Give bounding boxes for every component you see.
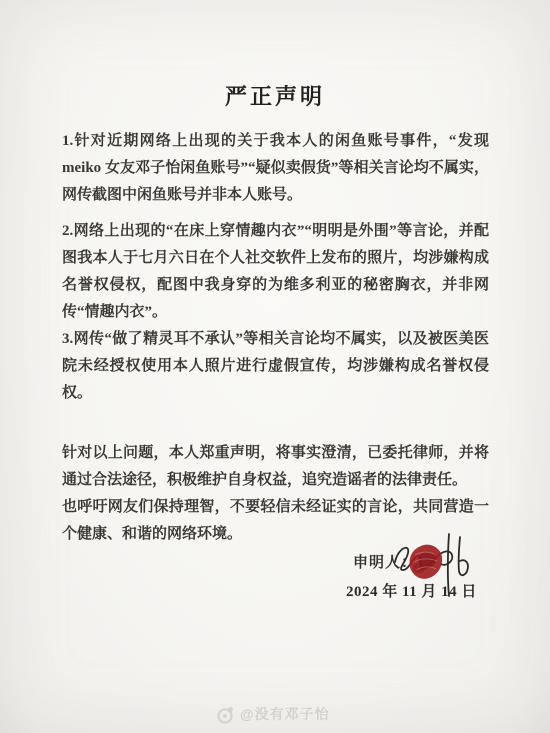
weibo-watermark: @没有邓子怡 xyxy=(216,704,330,724)
statement-title: 严正声明 xyxy=(0,80,550,111)
closing-paragraph-1: 针对以上问题，本人郑重声明，将事实澄清，已委托律师，并将通过合法途径，积极维护自… xyxy=(62,440,489,494)
signature-label: 申明人： xyxy=(353,551,417,572)
statement-body: 1.针对近期网络上出现的关于我本人的闲鱼账号事件，“发现 meiko 女友邓子怡… xyxy=(62,128,489,548)
weibo-watermark-icon xyxy=(216,705,235,724)
statement-date: 2024 年 11 月 14 日 xyxy=(346,580,477,601)
watermark-text: @没有邓子怡 xyxy=(240,704,330,724)
statement-paragraph-3: 3.网传“做了精灵耳不承认”等相关言论均不属实，以及被医美医院未经授权使用本人照… xyxy=(62,326,489,407)
statement-paragraph-1: 1.针对近期网络上出现的关于我本人的闲鱼账号事件，“发现 meiko 女友邓子怡… xyxy=(62,128,489,209)
statement-document-photo: 严正声明 1.针对近期网络上出现的关于我本人的闲鱼账号事件，“发现 meiko … xyxy=(0,0,550,733)
statement-paragraph-2: 2.网络上出现的“在床上穿情趣内衣”“明明是外围”等言论，并配图我本人于七月六日… xyxy=(62,218,489,326)
closing-paragraph-2: 也呼吁网友们保持理智，不要轻信未经证实的言论，共同营造一个健康、和谐的网络环境。 xyxy=(62,494,489,548)
